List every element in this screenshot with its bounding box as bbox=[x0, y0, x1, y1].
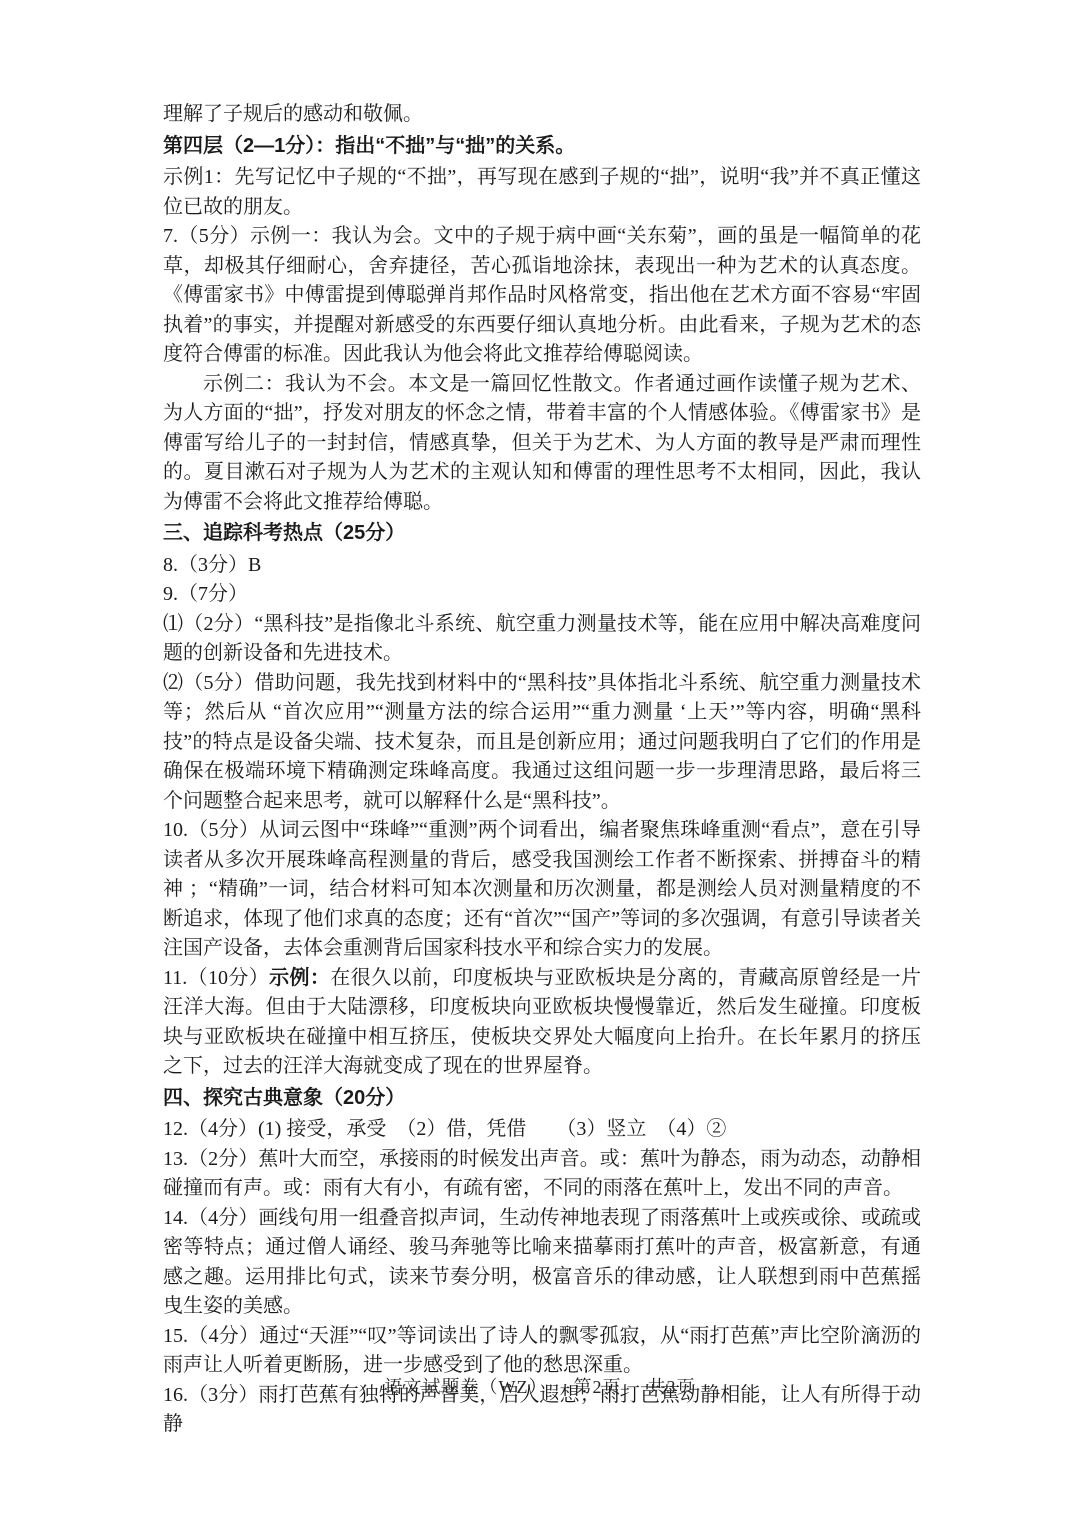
answer-9: 9.（7分） bbox=[163, 580, 921, 610]
rubric-level-4-heading: 第四层（2—1分）：指出“不拙”与“拙”的关系。 bbox=[163, 132, 921, 162]
section-4-heading: 四、探究古典意象（20分） bbox=[163, 1084, 921, 1114]
answer-13: 13.（2分）蕉叶大而空，承接雨的时候发出声音。或：蕉叶为静态，雨为动态，动静相… bbox=[163, 1145, 921, 1204]
example-1-paragraph: 示例1：先写记忆中子规的“不拙”，再写现在感到子规的“拙”，说明“我”并不真正懂… bbox=[163, 163, 921, 222]
answer-11-number: 11.（10分） bbox=[163, 967, 269, 989]
answer-11: 11.（10分）示例：在很久以前，印度板块与亚欧板块是分离的，青藏高原曾经是一片… bbox=[163, 964, 921, 1082]
answer-9-sub-2: ⑵（5分）借助问题，我先找到材料中的“黑科技”具体指北斗系统、航空重力测量技术等… bbox=[163, 669, 921, 817]
answer-7-paragraph: 7.（5分）示例一：我认为会。文中的子规于病中画“关东菊”，画的虽是一幅简单的花… bbox=[163, 222, 921, 370]
page-footer: 语文试题卷（WZ）第2页共3页 bbox=[0, 1373, 1080, 1399]
paragraph-continuation: 理解了子规后的感动和敬佩。 bbox=[163, 100, 921, 130]
answer-12: 12.（4分）(1) 接受，承受 （2）借，凭借 （3）竖立 （4）② bbox=[163, 1115, 921, 1145]
answer-15: 15.（4分）通过“天涯”“叹”等词读出了诗人的飘零孤寂，从“雨打芭蕉”声比空阶… bbox=[163, 1322, 921, 1381]
footer-page-number: 第2页 bbox=[573, 1377, 621, 1397]
footer-page-total: 共3页 bbox=[647, 1377, 695, 1397]
answer-9-sub-1: ⑴（2分）“黑科技”是指像北斗系统、航空重力测量技术等，能在应用中解决高难度问题… bbox=[163, 610, 921, 669]
answer-8: 8.（3分）B bbox=[163, 551, 921, 581]
answer-11-example-label: 示例： bbox=[269, 967, 330, 989]
answer-key-body: 理解了子规后的感动和敬佩。 第四层（2—1分）：指出“不拙”与“拙”的关系。 示… bbox=[163, 100, 921, 1440]
footer-doc-title: 语文试题卷（WZ） bbox=[385, 1377, 548, 1397]
document-page: 理解了子规后的感动和敬佩。 第四层（2—1分）：指出“不拙”与“拙”的关系。 示… bbox=[0, 0, 1080, 1527]
answer-14: 14.（4分）画线句用一组叠音拟声词，生动传神地表现了雨落蕉叶上或疾或徐、或疏或… bbox=[163, 1204, 921, 1322]
answer-10: 10.（5分）从词云图中“珠峰”“重测”两个词看出，编者聚焦珠峰重测“看点”，意… bbox=[163, 816, 921, 964]
section-3-heading: 三、追踪科考热点（25分） bbox=[163, 519, 921, 549]
answer-7-example-2-paragraph: 示例二：我认为不会。本文是一篇回忆性散文。作者通过画作读懂子规为艺术、为人方面的… bbox=[163, 370, 921, 518]
